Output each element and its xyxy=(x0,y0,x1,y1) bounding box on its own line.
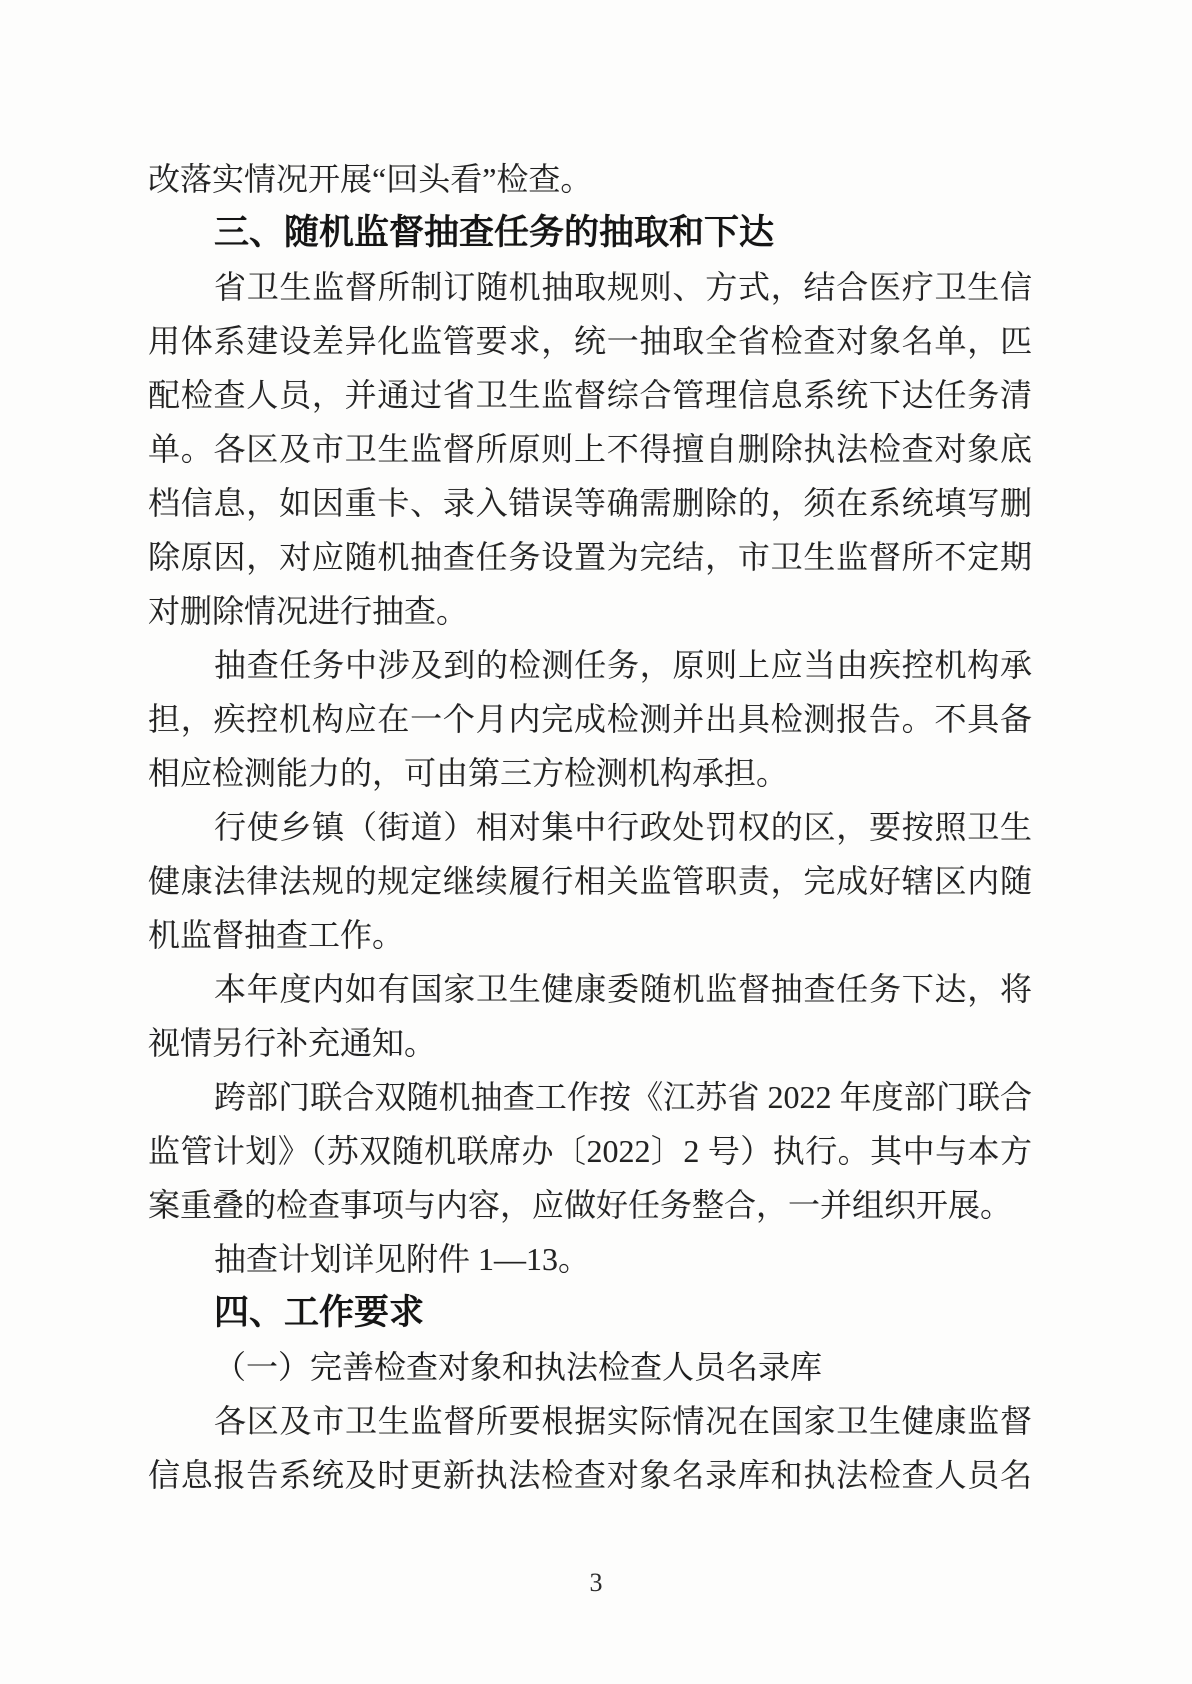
document-content: 改落实情况开展“回头看”检查。三、随机监督抽查任务的抽取和下达省卫生监督所制订随… xyxy=(148,152,1032,1502)
text-line: 抽查计划详见附件 1—13。 xyxy=(148,1232,1032,1286)
text-line: 用体系建设差异化监管要求，统一抽取全省检查对象名单，匹 xyxy=(148,314,1032,368)
text-line: 改落实情况开展“回头看”检查。 xyxy=(148,152,1032,206)
text-line: 跨部门联合双随机抽查工作按《江苏省 2022 年度部门联合 xyxy=(148,1070,1032,1124)
document-page: 改落实情况开展“回头看”检查。三、随机监督抽查任务的抽取和下达省卫生监督所制订随… xyxy=(0,0,1192,1684)
text-line: 监管计划》（苏双随机联席办〔2022〕2 号）执行。其中与本方 xyxy=(148,1124,1032,1178)
text-line: 相应检测能力的，可由第三方检测机构承担。 xyxy=(148,746,1032,800)
text-line: 健康法律法规的规定继续履行相关监管职责，完成好辖区内随 xyxy=(148,854,1032,908)
text-line: 担，疾控机构应在一个月内完成检测并出具检测报告。不具备 xyxy=(148,692,1032,746)
text-line: 本年度内如有国家卫生健康委随机监督抽查任务下达，将 xyxy=(148,962,1032,1016)
section-heading: 四、工作要求 xyxy=(148,1286,1032,1340)
text-line: 抽查任务中涉及到的检测任务，原则上应当由疾控机构承 xyxy=(148,638,1032,692)
text-line: 信息报告系统及时更新执法检查对象名录库和执法检查人员名 xyxy=(148,1448,1032,1502)
text-line: 配检查人员，并通过省卫生监督综合管理信息系统下达任务清 xyxy=(148,368,1032,422)
text-line: 省卫生监督所制订随机抽取规则、方式，结合医疗卫生信 xyxy=(148,260,1032,314)
section-heading: 三、随机监督抽查任务的抽取和下达 xyxy=(148,206,1032,260)
text-line: 案重叠的检查事项与内容，应做好任务整合，一并组织开展。 xyxy=(148,1178,1032,1232)
page-number: 3 xyxy=(0,1566,1192,1600)
text-line: 除原因，对应随机抽查任务设置为完结，市卫生监督所不定期 xyxy=(148,530,1032,584)
text-line: 各区及市卫生监督所要根据实际情况在国家卫生健康监督 xyxy=(148,1394,1032,1448)
text-line: 行使乡镇（街道）相对集中行政处罚权的区，要按照卫生 xyxy=(148,800,1032,854)
text-line: 机监督抽查工作。 xyxy=(148,908,1032,962)
text-line: 档信息，如因重卡、录入错误等确需删除的，须在系统填写删 xyxy=(148,476,1032,530)
text-line: 视情另行补充通知。 xyxy=(148,1016,1032,1070)
text-line: 对删除情况进行抽查。 xyxy=(148,584,1032,638)
subsection-heading: （一）完善检查对象和执法检查人员名录库 xyxy=(148,1340,1032,1394)
text-line: 单。各区及市卫生监督所原则上不得擅自删除执法检查对象底 xyxy=(148,422,1032,476)
